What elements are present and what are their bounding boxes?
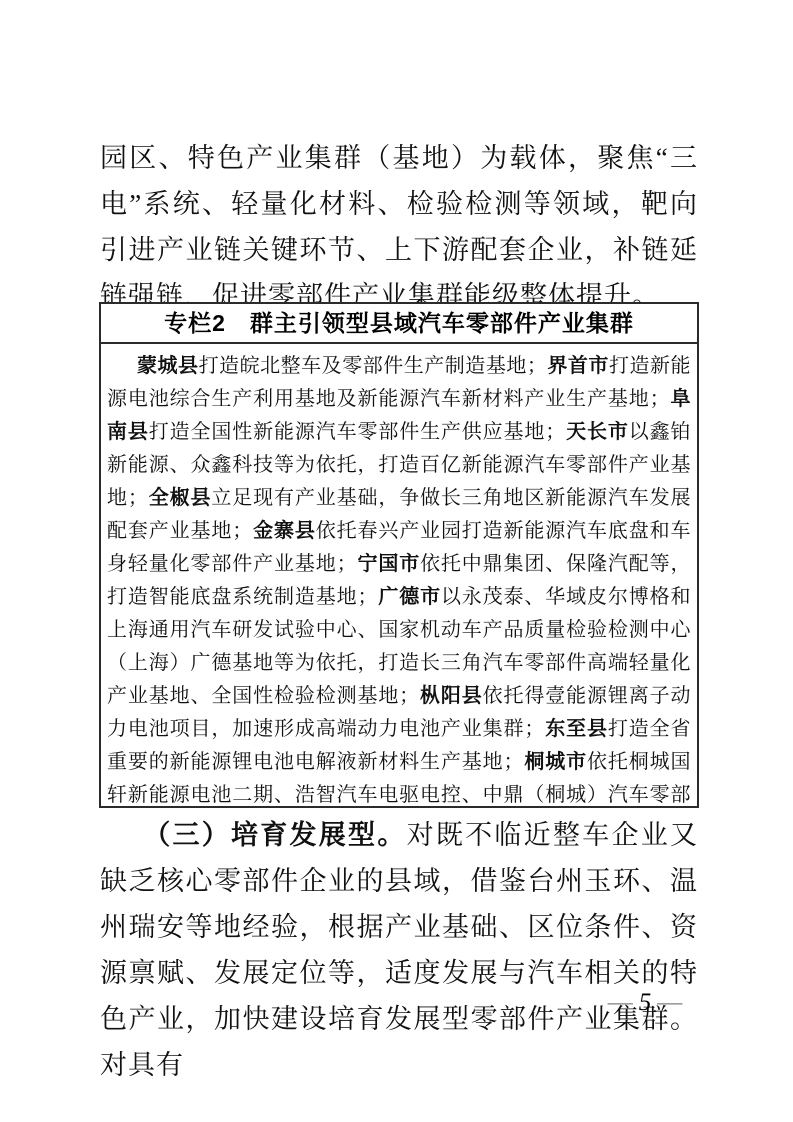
text-segment: 桐城市 bbox=[524, 751, 587, 773]
callout-box-title: 专栏2 群主引领型县域汽车零部件产业集群 bbox=[101, 304, 697, 344]
text-segment: 打造皖北整车及零部件生产制造基地； bbox=[199, 355, 548, 377]
body-paragraph-top: 园区、特色产业集群（基地）为载体，聚焦“三电”系统、轻量化材料、检验检测等领域，… bbox=[100, 135, 698, 319]
text-segment: 宁国市 bbox=[357, 553, 420, 575]
text-segment: 界首市 bbox=[547, 355, 609, 377]
text-segment: 枞阳县 bbox=[420, 685, 483, 707]
text-segment: 蒙城县 bbox=[137, 355, 199, 377]
text-segment: 全椒县 bbox=[148, 487, 211, 509]
text-segment: 东至县 bbox=[545, 718, 608, 740]
page-number-dash-right: — bbox=[651, 989, 688, 1016]
document-page: 园区、特色产业集群（基地）为载体，聚焦“三电”系统、轻量化材料、检验检测等领域，… bbox=[0, 0, 793, 1122]
text-segment: （三）培育发展型。 bbox=[143, 820, 406, 850]
text-segment: 金寨县 bbox=[253, 520, 316, 542]
page-number: 5 bbox=[639, 989, 652, 1016]
body-paragraph-bottom: （三）培育发展型。对既不临近整车企业又缺乏核心零部件企业的县域，借鉴台州玉环、温… bbox=[100, 812, 698, 1088]
callout-box: 专栏2 群主引领型县域汽车零部件产业集群 蒙城县打造皖北整车及零部件生产制造基地… bbox=[99, 302, 699, 808]
text-segment: 打造全国性新能源汽车零部件生产供应基地； bbox=[149, 421, 566, 443]
text-segment: 对既不临近整车企业又缺乏核心零部件企业的县域，借鉴台州玉环、温州瑞安等地经验，根… bbox=[100, 820, 698, 1080]
callout-box-body: 蒙城县打造皖北整车及零部件生产制造基地；界首市打造新能源电池综合生产利用基地及新… bbox=[101, 344, 697, 806]
text-segment: 广德市 bbox=[378, 586, 441, 608]
text-segment: 天长市 bbox=[566, 421, 629, 443]
page-footer: —5— bbox=[600, 988, 690, 1018]
page-number-dash-left: — bbox=[602, 989, 639, 1016]
